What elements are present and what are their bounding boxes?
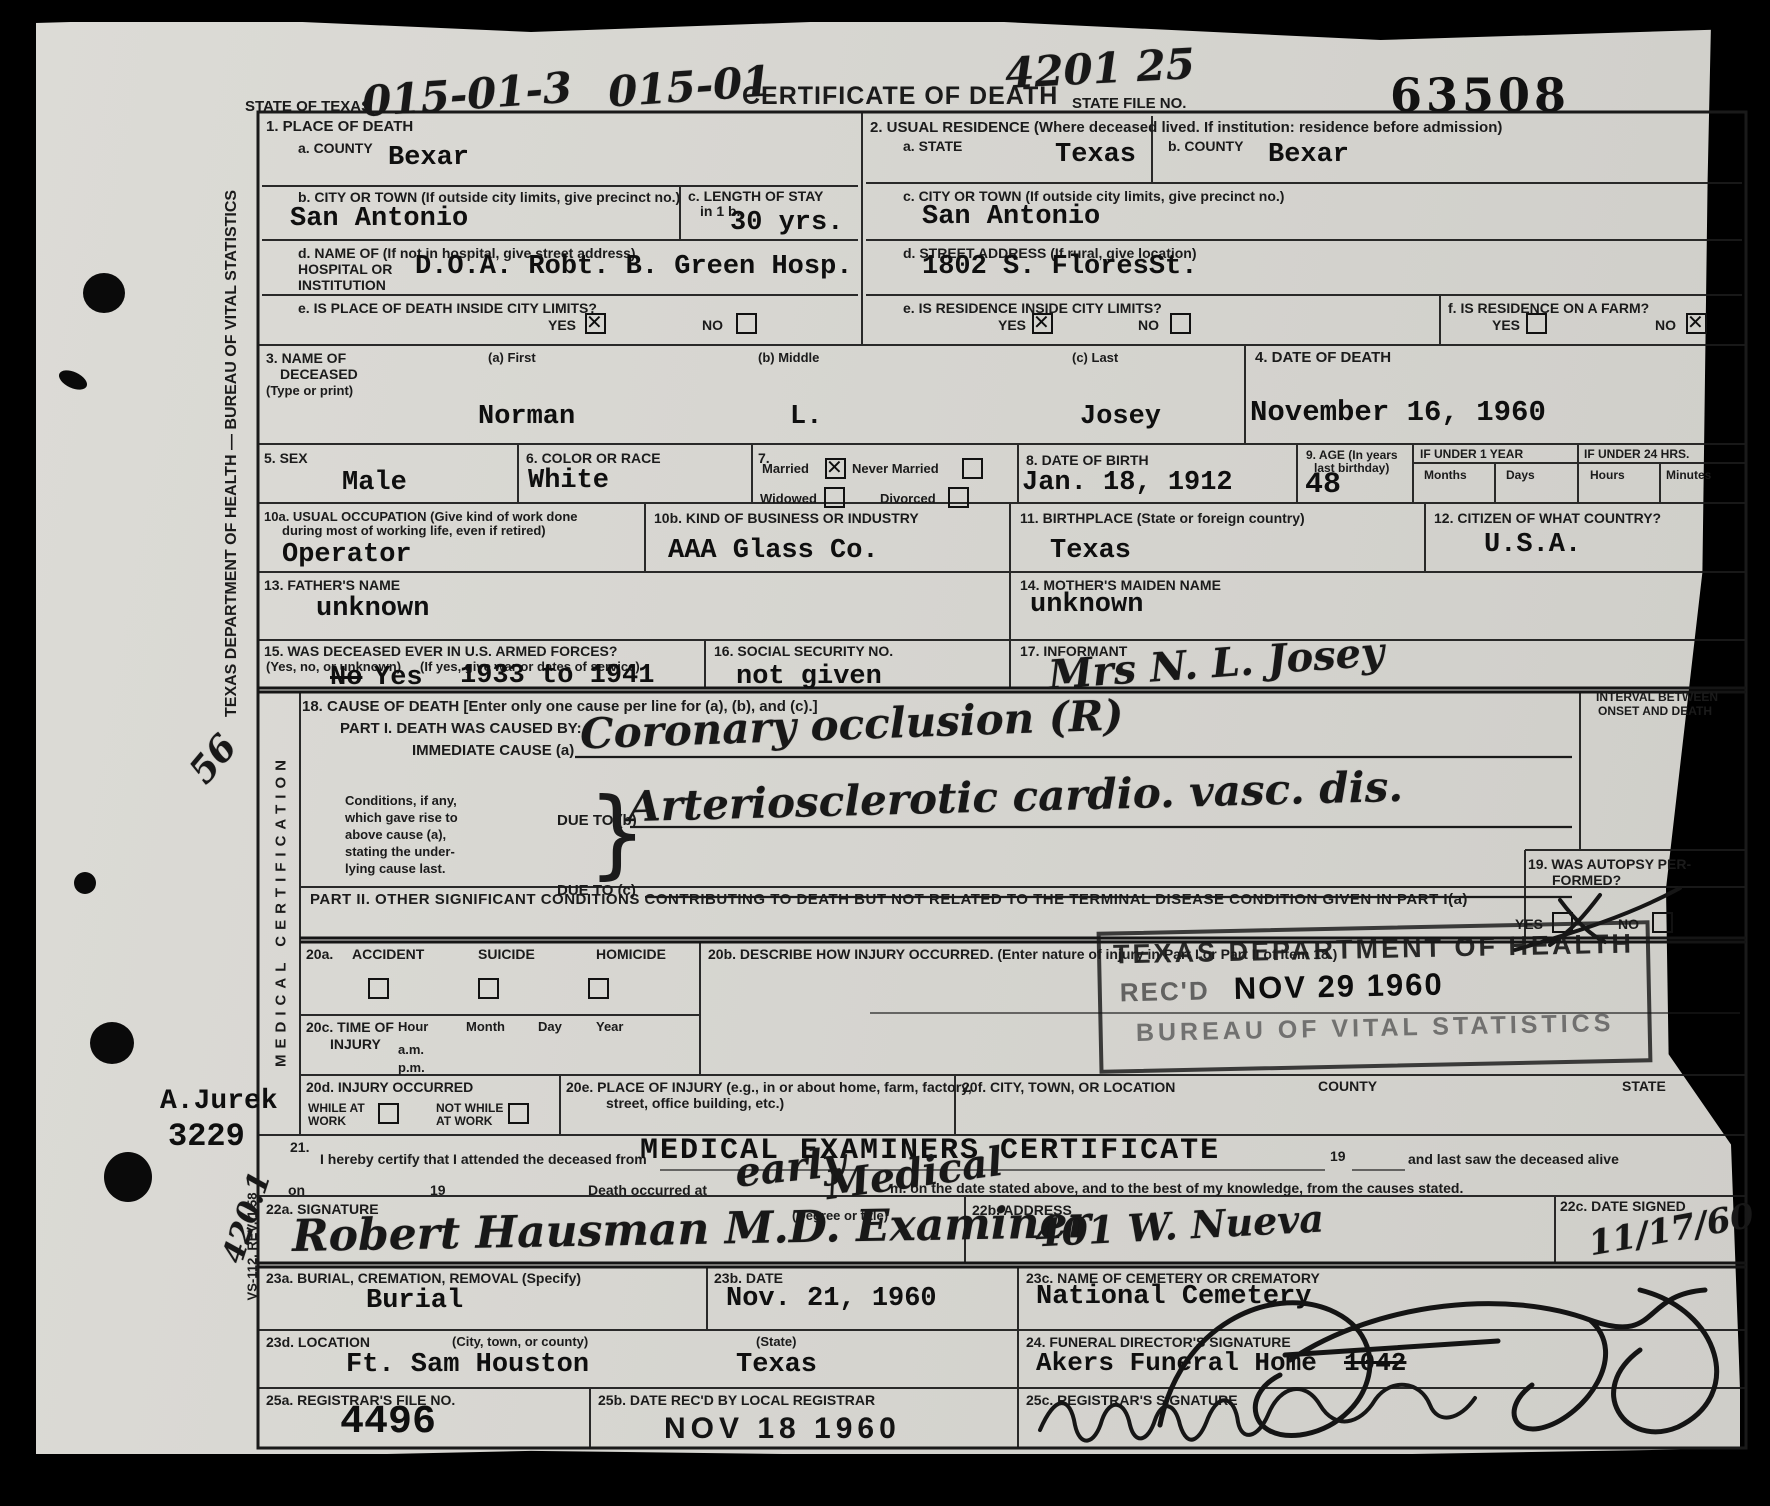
location-sub2-label: (State) xyxy=(756,1334,796,1349)
stamp-date: NOV 29 1960 xyxy=(1233,967,1444,1007)
conditions-line-2: which gave rise to xyxy=(345,810,458,825)
age-value: 48 xyxy=(1305,468,1341,502)
time-of-injury-label-2: INJURY xyxy=(330,1036,381,1052)
hospital-label-2: HOSPITAL OR xyxy=(298,261,392,277)
residence-state-value: Texas xyxy=(1055,140,1136,170)
certificate-title: CERTIFICATE OF DEATH xyxy=(742,82,1058,111)
residence-limits-yes-checkbox xyxy=(1032,313,1053,334)
conditions-line-4: stating the under- xyxy=(345,844,455,859)
not-while-label: NOT WHILE xyxy=(436,1101,503,1115)
conditions-line-5: lying cause last. xyxy=(345,861,445,876)
mother-name-value: unknown xyxy=(1030,590,1143,620)
last-saw-text: and last saw the deceased alive xyxy=(1408,1151,1619,1167)
month-label: Month xyxy=(466,1019,505,1034)
place-limits-no-label: NO xyxy=(702,317,723,333)
injury-state-label: STATE xyxy=(1622,1078,1666,1094)
birthplace-label: 11. BIRTHPLACE (State or foreign country… xyxy=(1020,510,1305,526)
while-at-work-checkbox xyxy=(378,1103,399,1124)
armed-forces-struck-no: No xyxy=(330,663,362,693)
injury-county-label: COUNTY xyxy=(1318,1078,1377,1094)
street-address-value: 1802 S. FloresSt. xyxy=(922,252,1197,282)
at-work-label: AT WORK xyxy=(436,1114,492,1128)
burial-value: Burial xyxy=(366,1286,463,1316)
father-name-label: 13. FATHER'S NAME xyxy=(264,577,400,593)
first-name-label: (a) First xyxy=(488,350,536,365)
year-label: Year xyxy=(596,1019,623,1034)
clerk-number: 3229 xyxy=(168,1118,245,1155)
medical-certification-vertical-label: MEDICAL CERTIFICATION xyxy=(273,746,290,1076)
divorced-label: Divorced xyxy=(880,491,936,506)
conditions-line-1: Conditions, if any, xyxy=(345,793,457,808)
city-label: b. CITY OR TOWN (If outside city limits,… xyxy=(298,189,680,205)
suicide-label: SUICIDE xyxy=(478,946,535,962)
place-of-injury-label-2: street, office building, etc.) xyxy=(606,1095,784,1111)
place-of-injury-label-1: 20e. PLACE OF INJURY (e.g., in or about … xyxy=(566,1079,972,1095)
immediate-cause-label: IMMEDIATE CAUSE (a) xyxy=(412,742,574,759)
minutes-label: Minutes xyxy=(1666,468,1711,482)
scanned-death-certificate: 4201 25 STATE OF TEXAS 015-01-3 015-01 C… xyxy=(0,0,1770,1506)
pm-label: p.m. xyxy=(398,1060,425,1075)
county-value: Bexar xyxy=(388,143,469,173)
work-label: WORK xyxy=(308,1114,346,1128)
accident-label: ACCIDENT xyxy=(352,946,424,962)
state-file-no-label: STATE FILE NO. xyxy=(1072,95,1186,112)
last-name-label: (c) Last xyxy=(1072,350,1118,365)
armed-forces-label: 15. WAS DECEASED EVER IN U.S. ARMED FORC… xyxy=(264,643,617,659)
place-limits-no-checkbox xyxy=(736,313,757,334)
widowed-checkbox xyxy=(824,487,845,508)
on-label: on xyxy=(288,1182,305,1198)
location-sub1-label: (City, town, or county) xyxy=(452,1334,588,1349)
homicide-label: HOMICIDE xyxy=(596,946,666,962)
date-of-birth-value: Jan. 18, 1912 xyxy=(1022,468,1233,498)
middle-name-label: (b) Middle xyxy=(758,350,819,365)
last-name-value: Josey xyxy=(1080,402,1161,432)
farm-yes-checkbox xyxy=(1526,313,1547,334)
death-occurred-at-label: Death occurred at xyxy=(588,1182,707,1198)
part2-label: PART II. OTHER SIGNIFICANT CONDITIONS CO… xyxy=(310,891,1468,908)
agency-vertical-label: TEXAS DEPARTMENT OF HEALTH — BUREAU OF V… xyxy=(223,257,241,717)
occupation-label-1: 10a. USUAL OCCUPATION (Give kind of work… xyxy=(264,509,578,524)
certify-text-1: I hereby certify that I attended the dec… xyxy=(320,1151,647,1167)
hospital-value: D.O.A. Robt. B. Green Hosp. xyxy=(415,252,852,282)
year-blank-2: 19 xyxy=(430,1182,446,1198)
year-blank-1: 19 xyxy=(1330,1148,1346,1164)
residence-county-label: b. COUNTY xyxy=(1168,138,1243,154)
stamp-recd-label: REC'D xyxy=(1120,975,1210,1008)
hours-label: Hours xyxy=(1590,468,1625,482)
burial-date-value: Nov. 21, 1960 xyxy=(726,1284,937,1314)
city-value: San Antonio xyxy=(290,204,468,234)
place-limits-yes-checkbox xyxy=(585,313,606,334)
form-revision-label: VS-112, REV. 1/58 xyxy=(245,1182,260,1312)
race-value: White xyxy=(528,466,609,496)
date-of-death-label: 4. DATE OF DEATH xyxy=(1255,349,1391,366)
residence-limits-no-label: NO xyxy=(1138,317,1159,333)
age-label-1: 9. AGE (In years xyxy=(1306,448,1398,462)
if-under-1-year-label: IF UNDER 1 YEAR xyxy=(1420,447,1523,461)
type-or-print-label: (Type or print) xyxy=(266,383,353,398)
if-under-24-hrs-label: IF UNDER 24 HRS. xyxy=(1584,447,1689,461)
while-at-label: WHILE AT xyxy=(308,1101,365,1115)
burial-label: 23a. BURIAL, CREMATION, REMOVAL (Specify… xyxy=(266,1270,581,1286)
interval-label-2: ONSET AND DEATH xyxy=(1598,704,1712,718)
interval-label-1: INTERVAL BETWEEN xyxy=(1596,690,1718,704)
birthplace-value: Texas xyxy=(1050,536,1131,566)
industry-label: 10b. KIND OF BUSINESS OR INDUSTRY xyxy=(654,510,919,526)
due-to-b-label: DUE TO (b) xyxy=(557,812,637,829)
location-state-value: Texas xyxy=(736,1350,817,1380)
occupation-label-2: during most of working life, even if ret… xyxy=(282,523,546,538)
date-of-birth-label: 8. DATE OF BIRTH xyxy=(1026,452,1149,468)
father-name-value: unknown xyxy=(316,594,429,624)
day-label: Day xyxy=(538,1019,562,1034)
residence-limits-yes-label: YES xyxy=(998,317,1026,333)
farm-label: f. IS RESIDENCE ON A FARM? xyxy=(1448,300,1649,316)
farm-no-label: NO xyxy=(1655,317,1676,333)
days-label: Days xyxy=(1506,468,1535,482)
residence-state-label: a. STATE xyxy=(903,138,962,154)
length-of-stay-label: c. LENGTH OF STAY xyxy=(688,188,823,204)
date-received-stamp: NOV 18 1960 xyxy=(664,1412,901,1446)
usual-residence-heading: 2. USUAL RESIDENCE (Where deceased lived… xyxy=(870,119,1502,136)
residence-city-value: San Antonio xyxy=(922,202,1100,232)
county-label: a. COUNTY xyxy=(298,140,373,156)
first-name-value: Norman xyxy=(478,402,575,432)
length-of-stay-value: 30 yrs. xyxy=(730,208,843,238)
name-of-label: 3. NAME OF xyxy=(266,350,346,366)
registrar-file-no-value: 4496 xyxy=(340,1400,436,1445)
place-limits-yes-label: YES xyxy=(548,317,576,333)
location-label: 23d. LOCATION xyxy=(266,1334,370,1350)
farm-no-checkbox xyxy=(1686,313,1707,334)
conditions-line-3: above cause (a), xyxy=(345,827,446,842)
am-label: a.m. xyxy=(398,1042,424,1057)
married-checkbox xyxy=(825,458,846,479)
injury-occurred-label: 20d. INJURY OCCURRED xyxy=(306,1079,473,1095)
clerk-name: A.Jurek xyxy=(160,1086,278,1117)
middle-name-value: L. xyxy=(790,402,822,432)
armed-forces-answer: Yes xyxy=(374,663,423,693)
deceased-label: DECEASED xyxy=(280,366,358,382)
state-file-number: 63508 xyxy=(1390,68,1570,122)
injury-city-label: 20f. CITY, TOWN, OR LOCATION xyxy=(962,1079,1175,1095)
autopsy-label-1: 19. WAS AUTOPSY PER- xyxy=(1528,856,1691,872)
farm-yes-label: YES xyxy=(1492,317,1520,333)
stamp-line-3: BUREAU OF VITAL STATISTICS xyxy=(1102,1008,1647,1048)
part1-label: PART I. DEATH WAS CAUSED BY: xyxy=(340,720,582,737)
hospital-label-3: INSTITUTION xyxy=(298,277,386,293)
race-label: 6. COLOR OR RACE xyxy=(526,450,661,466)
never-married-label: Never Married xyxy=(852,461,939,476)
date-received-label: 25b. DATE REC'D BY LOCAL REGISTRAR xyxy=(598,1392,875,1408)
industry-value: AAA Glass Co. xyxy=(668,536,879,566)
married-label: Married xyxy=(762,461,809,476)
ssn-value: not given xyxy=(736,662,882,692)
time-of-injury-label-1: 20c. TIME OF xyxy=(306,1019,394,1035)
item-21-label: 21. xyxy=(290,1139,309,1155)
widowed-label: Widowed xyxy=(760,491,817,506)
registrar-signature xyxy=(1030,1370,1500,1455)
citizen-label: 12. CITIZEN OF WHAT COUNTRY? xyxy=(1434,510,1661,526)
accident-checkbox xyxy=(368,978,389,999)
received-stamp: TEXAS DEPARTMENT OF HEALTH REC'D NOV 29 … xyxy=(1097,920,1653,1074)
occupation-value: Operator xyxy=(282,540,412,570)
citizen-value: U.S.A. xyxy=(1484,530,1581,560)
ssn-label: 16. SOCIAL SECURITY NO. xyxy=(714,643,893,659)
not-while-at-work-checkbox xyxy=(508,1103,529,1124)
describe-injury-label: 20b. DESCRIBE HOW INJURY OCCURRED. (Ente… xyxy=(708,946,1337,962)
injury-20a-label: 20a. xyxy=(306,946,333,962)
divorced-checkbox xyxy=(948,487,969,508)
homicide-checkbox xyxy=(588,978,609,999)
residence-county-value: Bexar xyxy=(1268,140,1349,170)
state-of-texas-label: STATE OF TEXAS xyxy=(245,98,371,115)
location-city-value: Ft. Sam Houston xyxy=(346,1350,589,1380)
place-of-death-heading: 1. PLACE OF DEATH xyxy=(266,118,413,135)
hour-label: Hour xyxy=(398,1019,428,1034)
armed-forces-dates: 1933 to 1941 xyxy=(460,661,654,691)
residence-limits-no-checkbox xyxy=(1170,313,1191,334)
sex-value: Male xyxy=(342,468,407,498)
suicide-checkbox xyxy=(478,978,499,999)
date-of-death-value: November 16, 1960 xyxy=(1250,396,1546,429)
months-label: Months xyxy=(1424,468,1467,482)
place-limits-label: e. IS PLACE OF DEATH INSIDE CITY LIMITS? xyxy=(298,300,597,316)
sex-label: 5. SEX xyxy=(264,450,308,466)
never-married-checkbox xyxy=(962,458,983,479)
